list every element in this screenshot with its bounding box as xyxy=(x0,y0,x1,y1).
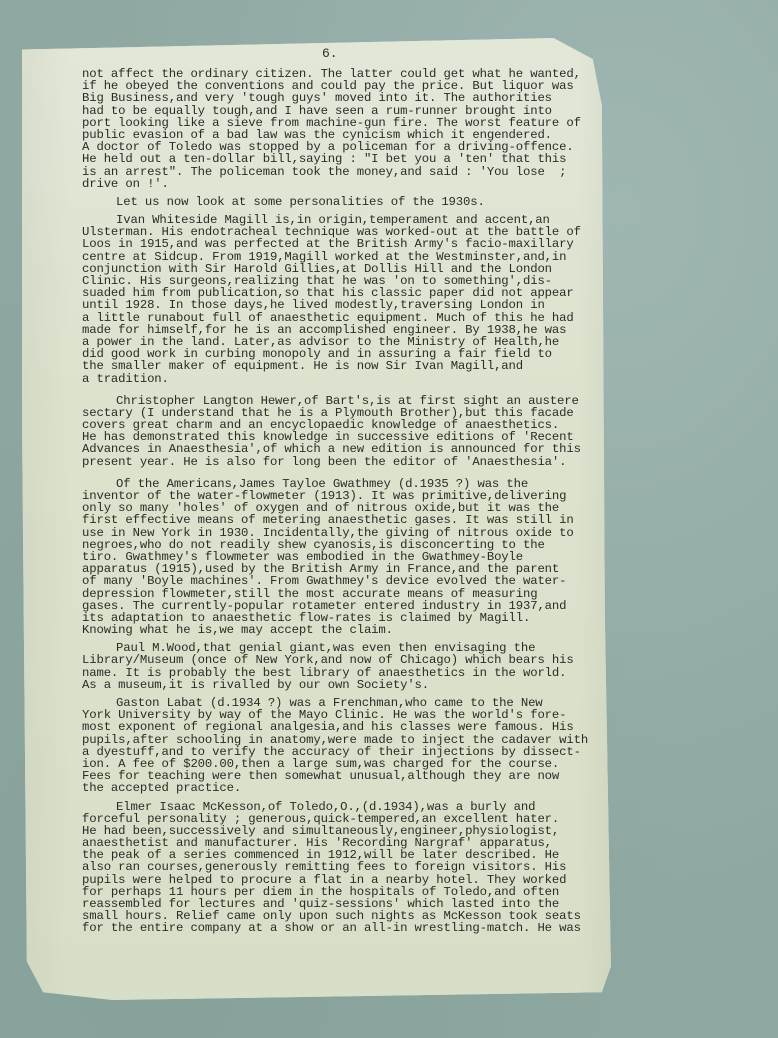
paragraph: Ivan Whiteside Magill is,in origin,tempe… xyxy=(82,214,602,385)
text-line: name. It is probably the best library of… xyxy=(82,667,602,679)
text-line: pupils were helped to procure a flat in … xyxy=(82,874,602,886)
text-line: Advances in Anaesthesia',of which a new … xyxy=(82,443,602,455)
text-line: Knowing what he is,we may accept the cla… xyxy=(82,624,602,636)
text-line: a tradition. xyxy=(82,373,602,385)
text-line: the smaller maker of equipment. He is no… xyxy=(82,360,602,372)
text-line: of many 'Boyle machines'. From Gwathmey'… xyxy=(82,575,602,587)
text-line: most exponent of regional analgesia,and … xyxy=(82,721,602,733)
paragraph: Of the Americans,James Tayloe Gwathmey (… xyxy=(82,478,602,636)
paragraph: Let us now look at some personalities of… xyxy=(82,196,602,208)
text-line: until 1928. In those days,he lived modes… xyxy=(82,299,602,311)
text-line: He held out a ten-dollar bill,saying : "… xyxy=(82,153,602,165)
text-line: pupils,after schooling in anatomy,were m… xyxy=(82,734,602,746)
paragraph: Elmer Isaac McKesson,of Toledo,O.,(d.193… xyxy=(82,801,602,935)
text-line: is an arrest". The policeman took the mo… xyxy=(82,166,602,178)
text-line: drive on !'. xyxy=(82,178,602,190)
text-line: the accepted practice. xyxy=(82,782,602,794)
text-line: Big Business,and very 'tough guys' moved… xyxy=(82,92,602,104)
text-line: use in New York in 1930. Incidentally,th… xyxy=(82,527,602,539)
text-line: As a museum,it is rivalled by our own So… xyxy=(82,679,602,691)
text-line: centre at Sidcup. From 1919,Magill worke… xyxy=(82,251,602,263)
text-line: Library/Museum (once of New York,and now… xyxy=(82,654,602,666)
text-line: a little runabout full of anaesthetic eq… xyxy=(82,312,602,324)
document-body: not affect the ordinary citizen. The lat… xyxy=(82,68,602,935)
text-line: also ran courses,generously remitting fe… xyxy=(82,861,602,873)
text-line: depression flowmeter,still the most accu… xyxy=(82,588,602,600)
text-line: Elmer Isaac McKesson,of Toledo,O.,(d.193… xyxy=(82,801,602,813)
text-line: Let us now look at some personalities of… xyxy=(82,196,602,208)
text-line: Loos in 1915,and was perfected at the Br… xyxy=(82,238,602,250)
text-line: for the entire company at a show or an a… xyxy=(82,922,602,934)
text-line: present year. He is also for long been t… xyxy=(82,456,602,468)
paragraph: not affect the ordinary citizen. The lat… xyxy=(82,68,602,190)
page-number: 6. xyxy=(322,46,338,61)
text-line: had to be equally tough,and I have seen … xyxy=(82,105,602,117)
paragraph: Paul M.Wood,that genial giant,was even t… xyxy=(82,642,602,691)
paragraph: Christopher Langton Hewer,of Bart's,is a… xyxy=(82,395,602,468)
text-line: first effective means of metering anaest… xyxy=(82,514,602,526)
paragraph: Gaston Labat (d.1934 ?) was a Frenchman,… xyxy=(82,697,602,795)
